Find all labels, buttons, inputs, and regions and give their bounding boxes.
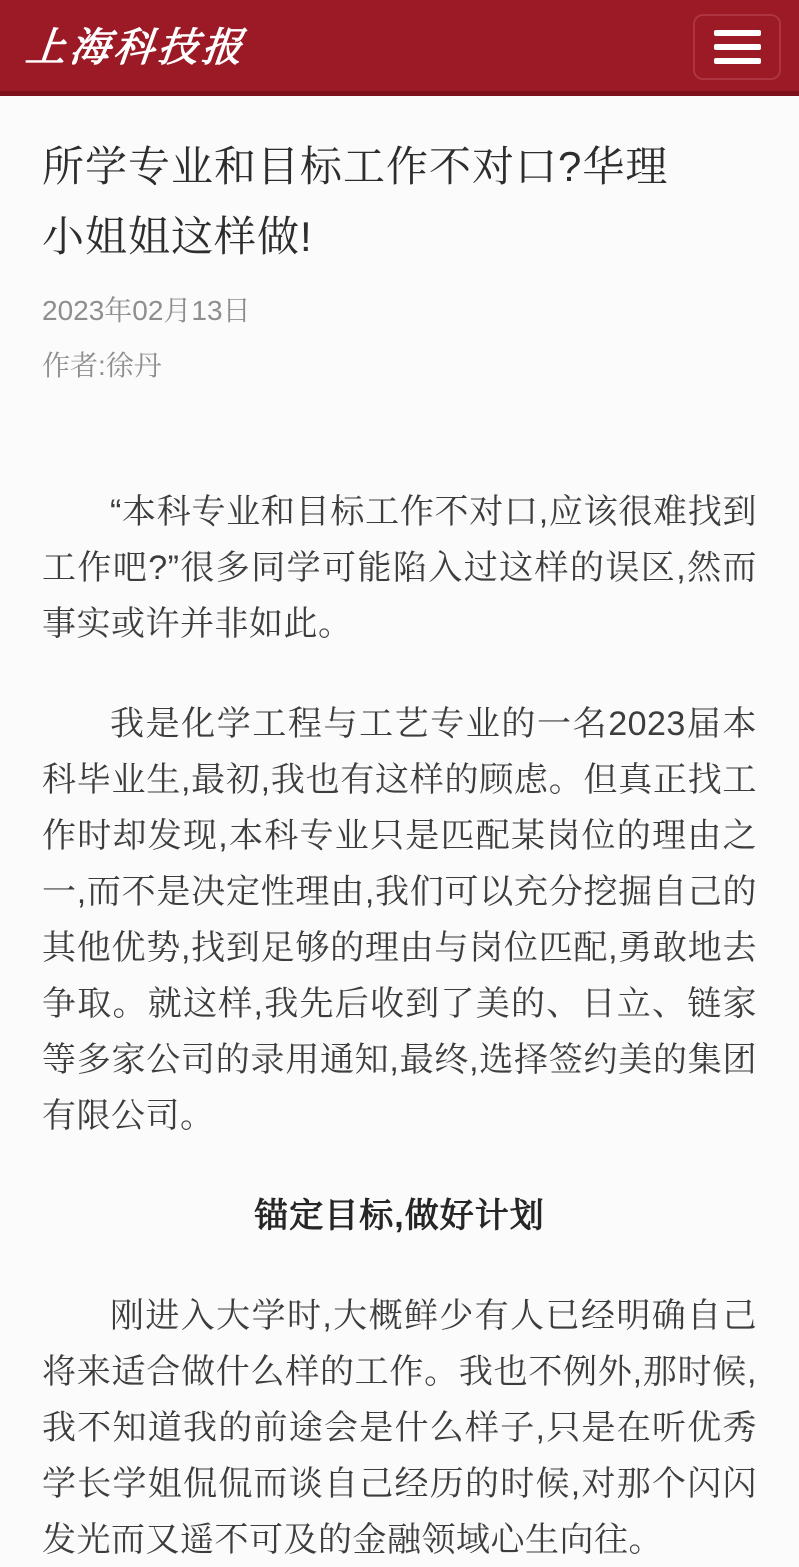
menu-button[interactable] <box>693 14 781 80</box>
article-title: 所学专业和目标工作不对口?华理小姐姐这样做! <box>42 132 707 272</box>
paragraph: 我是化学工程与工艺专业的一名2023届本科毕业生,最初,我也有这样的顾虑。但真正… <box>42 696 757 1144</box>
paragraph: 刚进入大学时,大概鲜少有人已经明确自己将来适合做什么样的工作。我也不例外,那时候… <box>42 1288 757 1567</box>
hamburger-icon <box>714 30 761 64</box>
hamburger-bar <box>714 44 761 50</box>
section-heading: 锚定目标,做好计划 <box>42 1188 757 1244</box>
hamburger-bar <box>714 30 761 36</box>
paragraph: “本科专业和目标工作不对口,应该很难找到工作吧?”很多同学可能陷入过这样的误区,… <box>42 484 757 652</box>
article-date: 2023年02月13日 <box>42 294 757 328</box>
hamburger-bar <box>714 58 761 64</box>
site-logo[interactable]: 上海科技报 <box>23 21 249 75</box>
article-body: “本科专业和目标工作不对口,应该很难找到工作吧?”很多同学可能陷入过这样的误区,… <box>42 484 757 1567</box>
article-page: 所学专业和目标工作不对口?华理小姐姐这样做! 2023年02月13日 作者:徐丹… <box>0 132 799 1567</box>
article-author: 作者:徐丹 <box>42 349 757 383</box>
app-header: 上海科技报 <box>0 0 799 96</box>
